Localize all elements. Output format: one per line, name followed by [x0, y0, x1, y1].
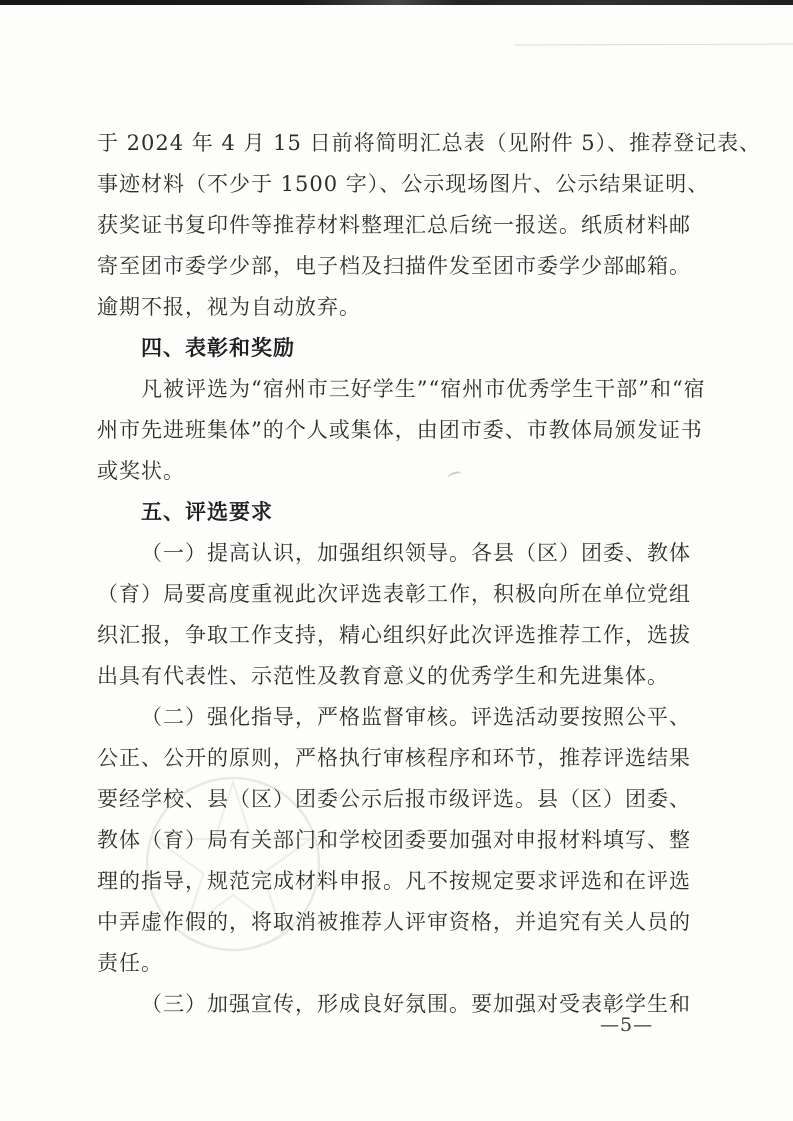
scanned-document-page: 于 2024 年 4 月 15 日前将简明汇总表（见附件 5）、推荐登记表、事迹… [0, 0, 793, 1121]
text-line: 逾期不报，视为自动放弃。 [97, 287, 697, 328]
text-line: 州市先进班集体”的个人或集体，由团市委、市教体局颁发证书 [97, 410, 697, 451]
text-line: （二）强化指导，严格监督审核。评选活动要按照公平、 [97, 697, 697, 738]
text-line: 公正、公开的原则，严格执行审核程序和环节，推荐评选结果 [97, 738, 697, 779]
text-line: 获奖证书复印件等推荐材料整理汇总后统一报送。纸质材料邮 [97, 205, 697, 246]
text-line: （育）局要高度重视此次评选表彰工作，积极向所在单位党组 [97, 574, 697, 615]
text-line: 中弄虚作假的，将取消被推荐人评审资格，并追究有关人员的 [97, 902, 697, 943]
scan-crease-artifact [515, 44, 793, 46]
text-line: 教体（育）局有关部门和学校团委要加强对申报材料填写、整 [97, 820, 697, 861]
text-line: 事迹材料（不少于 1500 字）、公示现场图片、公示结果证明、 [97, 164, 697, 205]
scan-edge-artifact [0, 0, 793, 5]
text-line: 凡被评选为“宿州市三好学生”“宿州市优秀学生干部”和“宿 [97, 369, 697, 410]
section-heading: 五、评选要求 [97, 492, 697, 533]
page-number: —5— [600, 1014, 653, 1036]
text-line: 寄至团市委学少部，电子档及扫描件发至团市委学少部邮箱。 [97, 246, 697, 287]
text-line: （一）提高认识，加强组织领导。各县（区）团委、教体 [97, 533, 697, 574]
text-line: 织汇报，争取工作支持，精心组织好此次评选推荐工作，选拔 [97, 615, 697, 656]
section-heading: 四、表彰和奖励 [97, 328, 697, 369]
text-line: 要经学校、县（区）团委公示后报市级评选。县（区）团委、 [97, 779, 697, 820]
text-line: 理的指导，规范完成材料申报。凡不按规定要求评选和在评选 [97, 861, 697, 902]
text-line: 于 2024 年 4 月 15 日前将简明汇总表（见附件 5）、推荐登记表、 [97, 123, 697, 164]
text-line: 或奖状。 [97, 451, 697, 492]
text-line: 出具有代表性、示范性及教育意义的优秀学生和先进集体。 [97, 656, 697, 697]
text-line: 责任。 [97, 943, 697, 984]
document-body: 于 2024 年 4 月 15 日前将简明汇总表（见附件 5）、推荐登记表、事迹… [97, 123, 697, 1025]
